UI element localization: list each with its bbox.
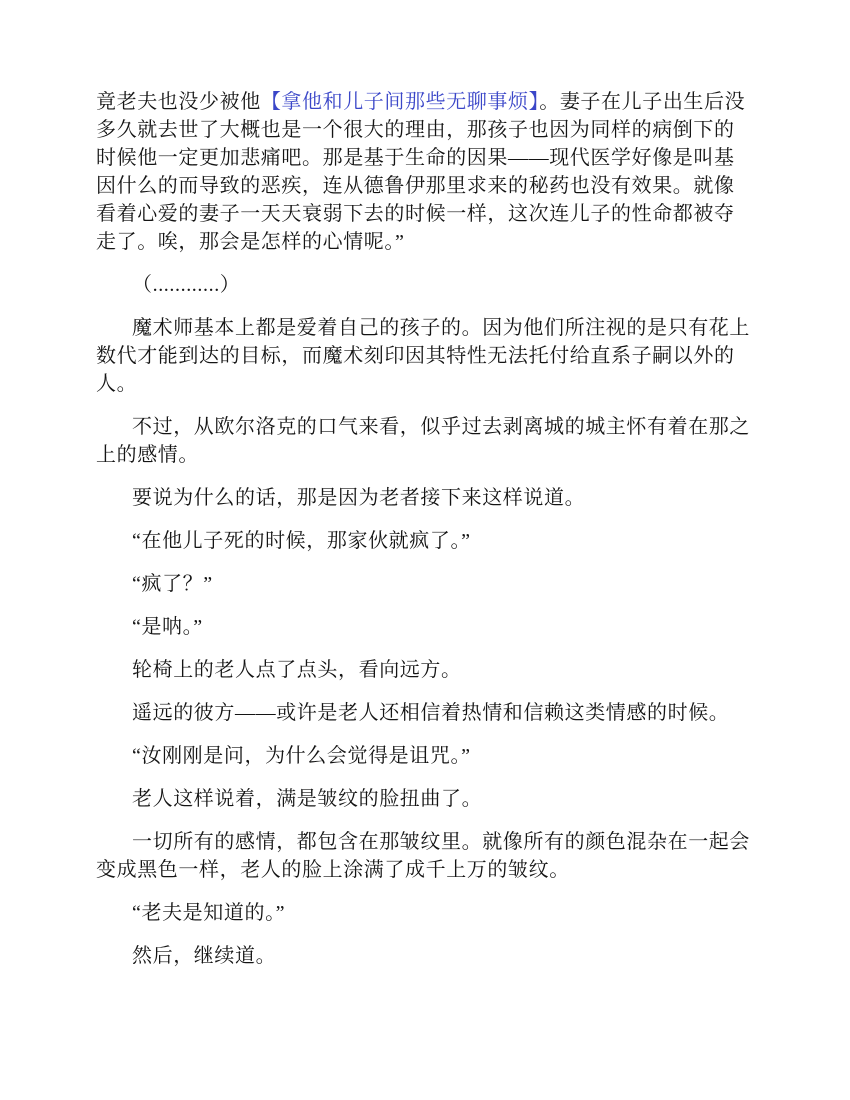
paragraph: 魔术师基本上都是爱着自己的孩子的。因为他们所注视的是只有花上数代才能到达的目标，… (96, 314, 754, 398)
text-segment: 要说为什么的话，那是因为老者接下来这样说道。 (132, 487, 585, 509)
text-segment: “疯了？” (132, 573, 213, 595)
paragraph: 遥远的彼方——或许是老人还相信着热情和信赖这类情感的时候。 (96, 699, 754, 727)
paragraph: （............） (96, 271, 754, 299)
paragraph: “在他儿子死的时候，那家伙就疯了。” (96, 527, 754, 555)
text-segment: 轮椅上的老人点了点头，看向远方。 (132, 659, 462, 681)
novel-page: 竟老夫也没少被他【拿他和儿子间那些无聊事烦】。妻子在儿子出生后没多久就去世了大概… (0, 0, 850, 1100)
text-segment: 。妻子在儿子出生后没多久就去世了大概也是一个很大的理由，那孩子也因为同样的病倒下… (96, 91, 745, 253)
text-segment: 不过，从欧尔洛克的口气来看，似乎过去剥离城的城主怀有着在那之上的感情。 (96, 416, 750, 466)
text-segment: 遥远的彼方——或许是老人还相信着热情和信赖这类情感的时候。 (132, 702, 729, 724)
text-segment: “在他儿子死的时候，那家伙就疯了。” (132, 530, 471, 552)
text-segment: “老夫是知道的。” (132, 902, 285, 924)
text-segment: 魔术师基本上都是爱着自己的孩子的。因为他们所注视的是只有花上数代才能到达的目标，… (96, 317, 750, 395)
paragraph: “老夫是知道的。” (96, 899, 754, 927)
text-segment: 然后，继续道。 (132, 945, 276, 967)
text-segment: 老人这样说着，满是皱纹的脸扭曲了。 (132, 788, 482, 810)
text-segment: “是呐。” (132, 616, 203, 638)
text-segment: 竟老夫也没少被他 (96, 91, 261, 113)
paragraph: 要说为什么的话，那是因为老者接下来这样说道。 (96, 484, 754, 512)
paragraph: “汝刚刚是问，为什么会觉得是诅咒。” (96, 742, 754, 770)
text-segment: “汝刚刚是问，为什么会觉得是诅咒。” (132, 745, 471, 767)
text-segment: 一切所有的感情，都包含在那皱纹里。就像所有的颜色混杂在一起会变成黑色一样，老人的… (96, 831, 750, 881)
paragraph: 竟老夫也没少被他【拿他和儿子间那些无聊事烦】。妻子在儿子出生后没多久就去世了大概… (96, 88, 754, 256)
paragraph: 老人这样说着，满是皱纹的脸扭曲了。 (96, 785, 754, 813)
text-segment: （............） (132, 274, 240, 296)
paragraph: 不过，从欧尔洛克的口气来看，似乎过去剥离城的城主怀有着在那之上的感情。 (96, 413, 754, 469)
highlighted-text: 【拿他和儿子间那些无聊事烦】 (261, 91, 539, 113)
paragraph: 轮椅上的老人点了点头，看向远方。 (96, 656, 754, 684)
paragraph: 然后，继续道。 (96, 942, 754, 970)
novel-text: 竟老夫也没少被他【拿他和儿子间那些无聊事烦】。妻子在儿子出生后没多久就去世了大概… (0, 0, 850, 970)
paragraph: “是呐。” (96, 613, 754, 641)
paragraph: 一切所有的感情，都包含在那皱纹里。就像所有的颜色混杂在一起会变成黑色一样，老人的… (96, 828, 754, 884)
paragraph: “疯了？” (96, 570, 754, 598)
